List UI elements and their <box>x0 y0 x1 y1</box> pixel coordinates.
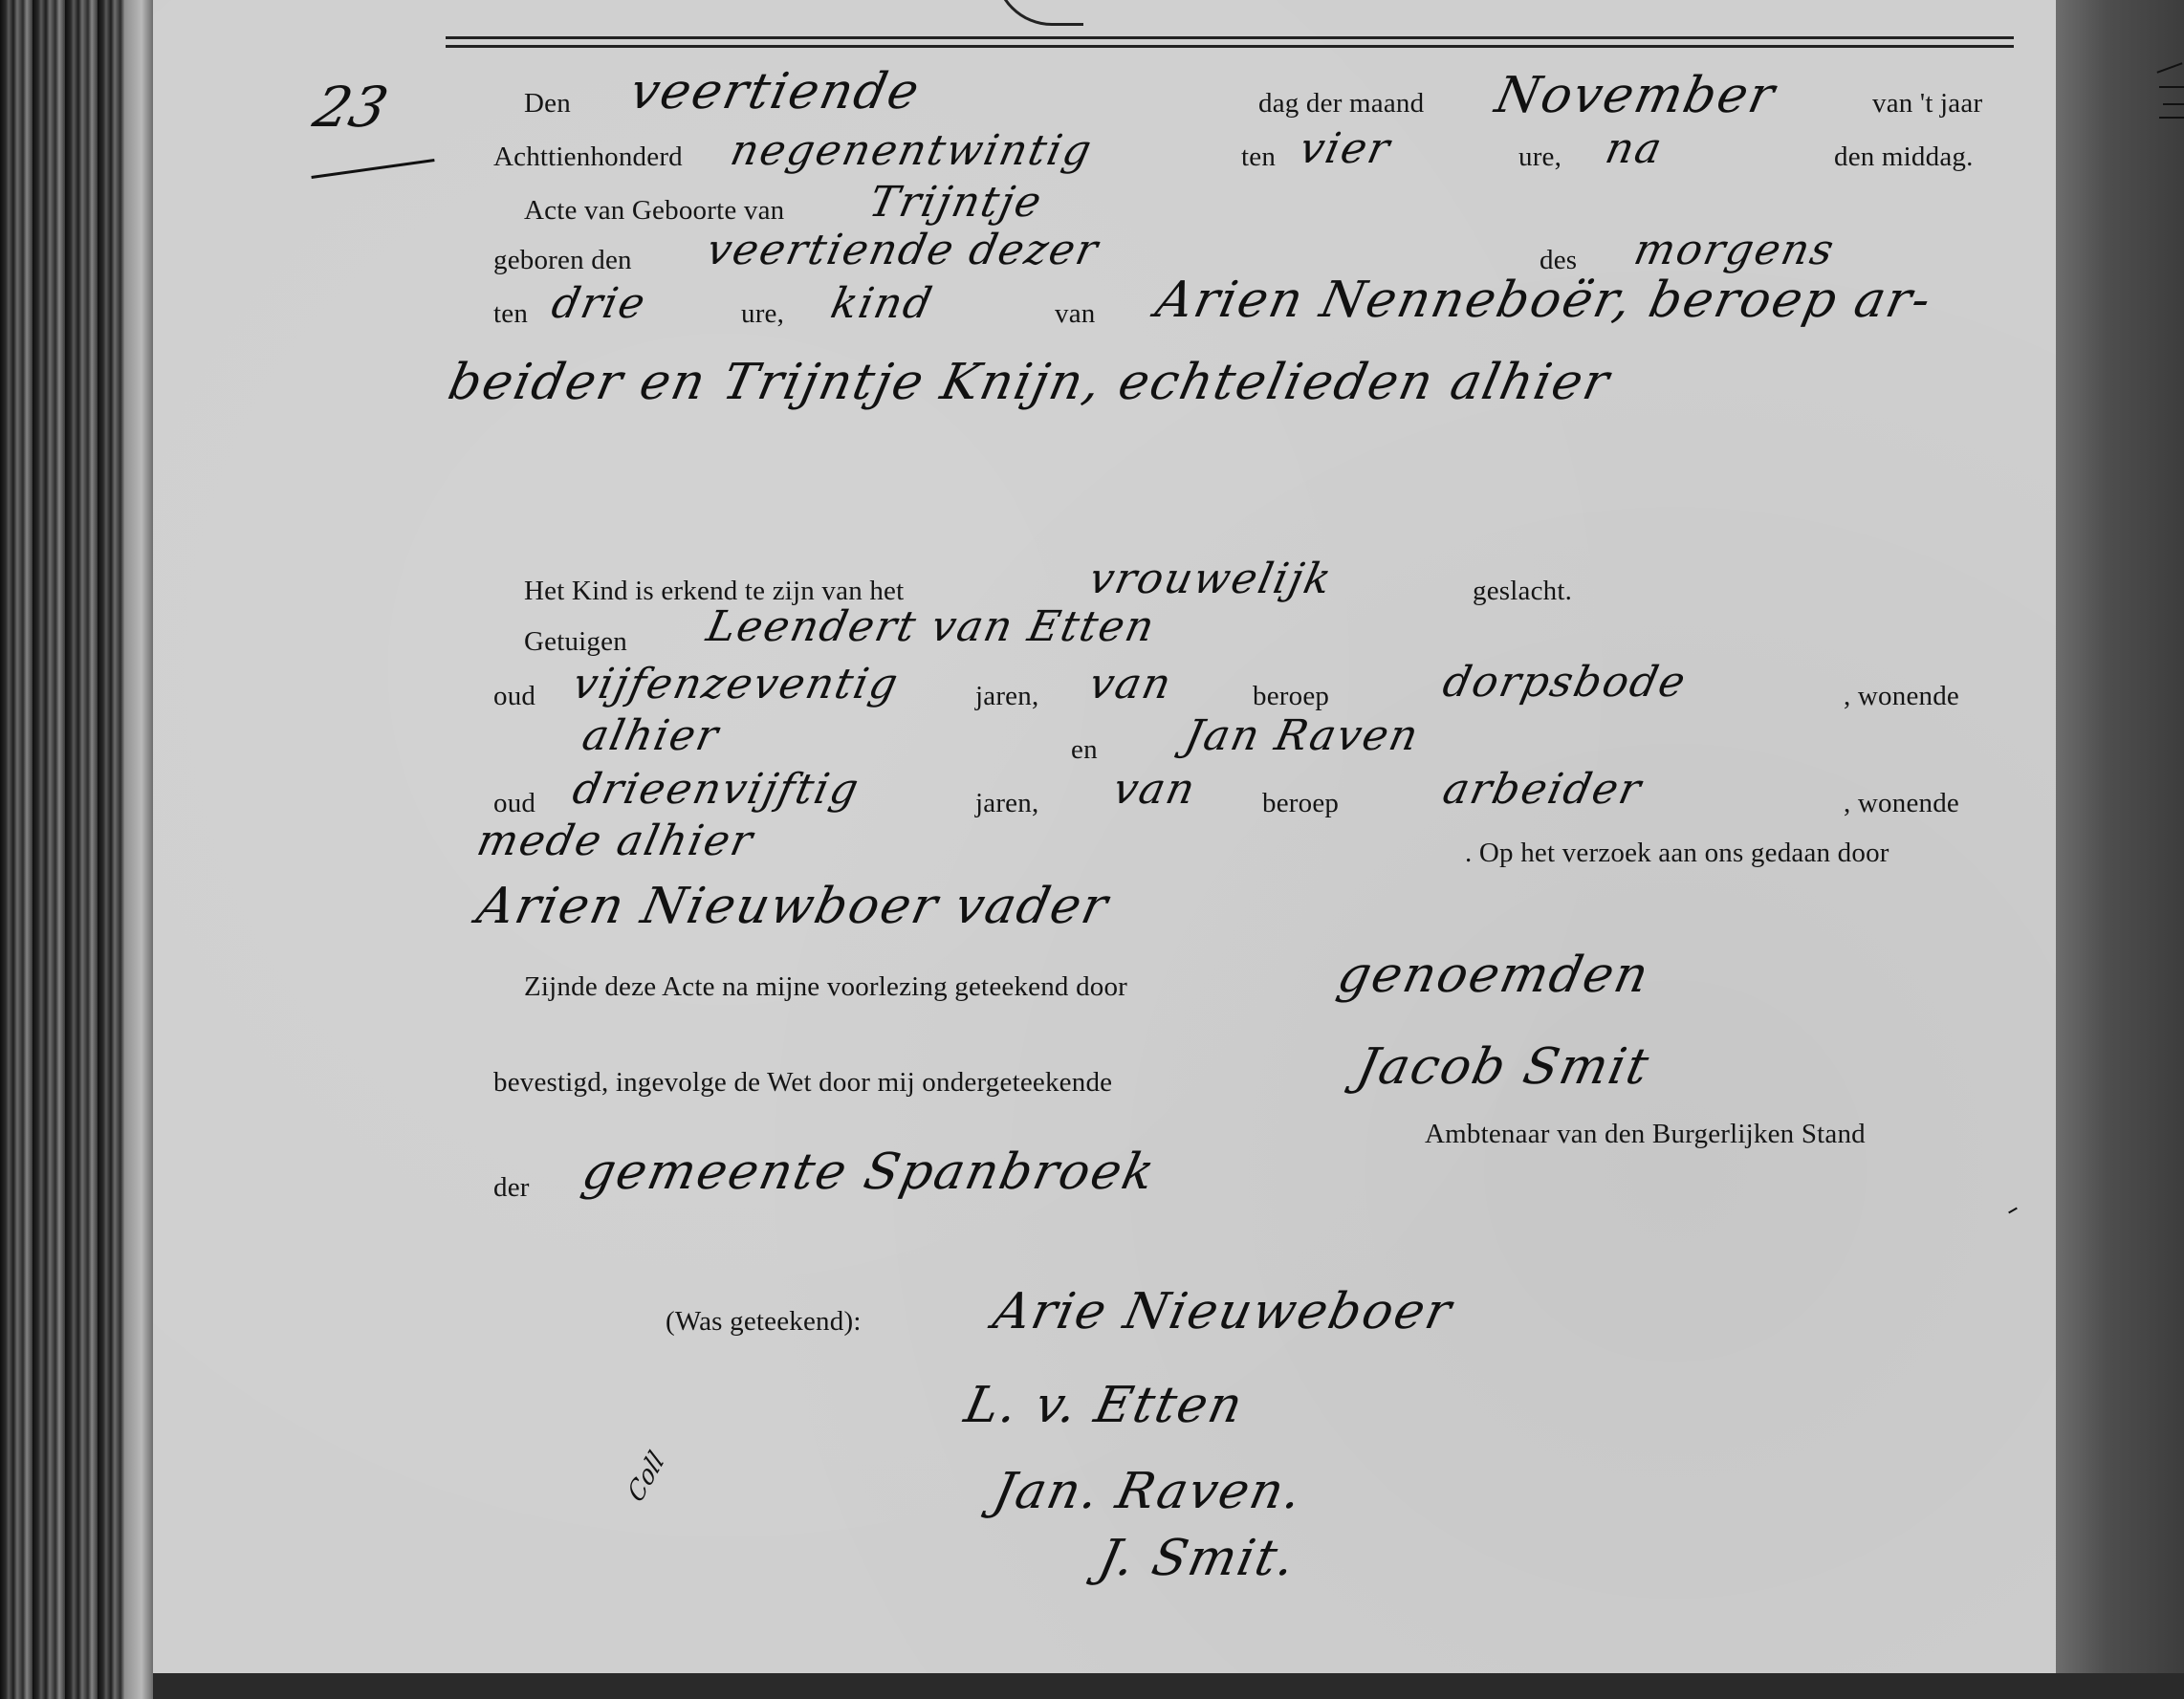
hand-father-line: Arien Nenneboër, beroep ar- <box>1151 272 1937 329</box>
printed-ambtenaar: Ambtenaar van den Burgerlijken Stand <box>1425 1119 1866 1150</box>
hand-signed-by: genoemden <box>1333 947 1655 1004</box>
printed-ure: ure, <box>1518 142 1562 173</box>
hand-born-hour: drie <box>548 279 651 328</box>
printed-beroep-2: beroep <box>1262 788 1339 819</box>
hand-witness2-name: Jan Raven <box>1181 711 1425 760</box>
hand-child-name: Trijntje <box>865 178 1048 227</box>
hand-time-of-day: na <box>1602 124 1668 173</box>
hand-witness2-occupation: arbeider <box>1439 765 1648 814</box>
signature-1: Arie Nieuweboer <box>989 1283 1458 1340</box>
printed-ure-2: ure, <box>741 298 784 330</box>
hand-municipality: gemeente Spanbroek <box>578 1144 1162 1201</box>
hand-hour: vier <box>1296 124 1396 173</box>
printed-dag-der-maand: dag der maand <box>1258 88 1424 120</box>
signature-4: J. Smit. <box>1094 1530 1302 1587</box>
printed-jaren-1: jaren, <box>975 681 1038 712</box>
hand-year: negenentwintig <box>727 126 1098 175</box>
hand-witness1-age: vijfenzeventig <box>569 660 904 708</box>
printed-den: Den <box>524 88 571 120</box>
double-rule-divider <box>446 36 2014 48</box>
hand-witness1-occupation: dorpsbode <box>1439 658 1692 707</box>
printed-zijnde: Zijnde deze Acte na mijne voorlezing get… <box>524 971 1127 1003</box>
printed-beroep-1: beroep <box>1253 681 1329 712</box>
printed-jaren-2: jaren, <box>975 788 1038 819</box>
book-gutter <box>2056 0 2184 1699</box>
hand-parents-line: beider en Trijntje Knijn, echtelieden al… <box>444 354 1616 411</box>
printed-geboren-den: geboren den <box>493 245 632 276</box>
printed-acte-van-geboorte: Acte van Geboorte van <box>524 195 784 227</box>
printed-geslacht: geslacht. <box>1473 576 1572 607</box>
printed-wonende-1: , wonende <box>1844 681 1959 712</box>
printed-getuigen: Getuigen <box>524 626 627 658</box>
book-page-edges <box>0 0 153 1699</box>
book-bottom-edge <box>153 1673 2184 1699</box>
hand-month: November <box>1491 67 1781 124</box>
hand-day: veertiende <box>625 63 926 120</box>
hand-witness2-van: van <box>1109 765 1201 814</box>
printed-achttienhonderd: Achttienhonderd <box>493 142 683 173</box>
printed-den-middag: den middag. <box>1834 142 1974 173</box>
printed-van: van <box>1055 298 1095 330</box>
hand-born-day: veertiende dezer <box>703 226 1104 274</box>
hand-born-period: morgens <box>1630 226 1840 274</box>
hand-sex: vrouwelijk <box>1085 555 1338 603</box>
hand-witness2-age: drieenvijftig <box>569 765 864 814</box>
signature-3: Jan. Raven. <box>989 1463 1309 1520</box>
printed-oud-2: oud <box>493 788 535 819</box>
printed-was-geteekend: (Was geteekend): <box>666 1306 862 1338</box>
printed-van-t-jaar: van 't jaar <box>1872 88 1982 120</box>
printed-wonende-2: , wonende <box>1844 788 1959 819</box>
printed-oud-1: oud <box>493 681 535 712</box>
printed-ten: ten <box>1241 142 1276 173</box>
hand-witness1-van: van <box>1085 660 1177 708</box>
hand-witness2-residence: mede alhier <box>473 817 759 865</box>
hand-witness1-residence: alhier <box>579 711 725 760</box>
printed-en: en <box>1071 734 1098 766</box>
signature-2: L. v. Etten <box>960 1377 1250 1434</box>
hand-witness1-name: Leendert van Etten <box>703 602 1161 651</box>
hand-requester: Arien Nieuwboer vader <box>472 878 1115 935</box>
printed-op-het-verzoek: . Op het verzoek aan ons gedaan door <box>1465 838 1889 869</box>
printed-der: der <box>493 1172 530 1204</box>
hand-official: Jacob Smit <box>1352 1038 1655 1096</box>
hand-kind: kind <box>827 279 938 328</box>
printed-ten-2: ten <box>493 298 528 330</box>
printed-bevestigd: bevestigd, ingevolge de Wet door mij ond… <box>493 1067 1112 1099</box>
